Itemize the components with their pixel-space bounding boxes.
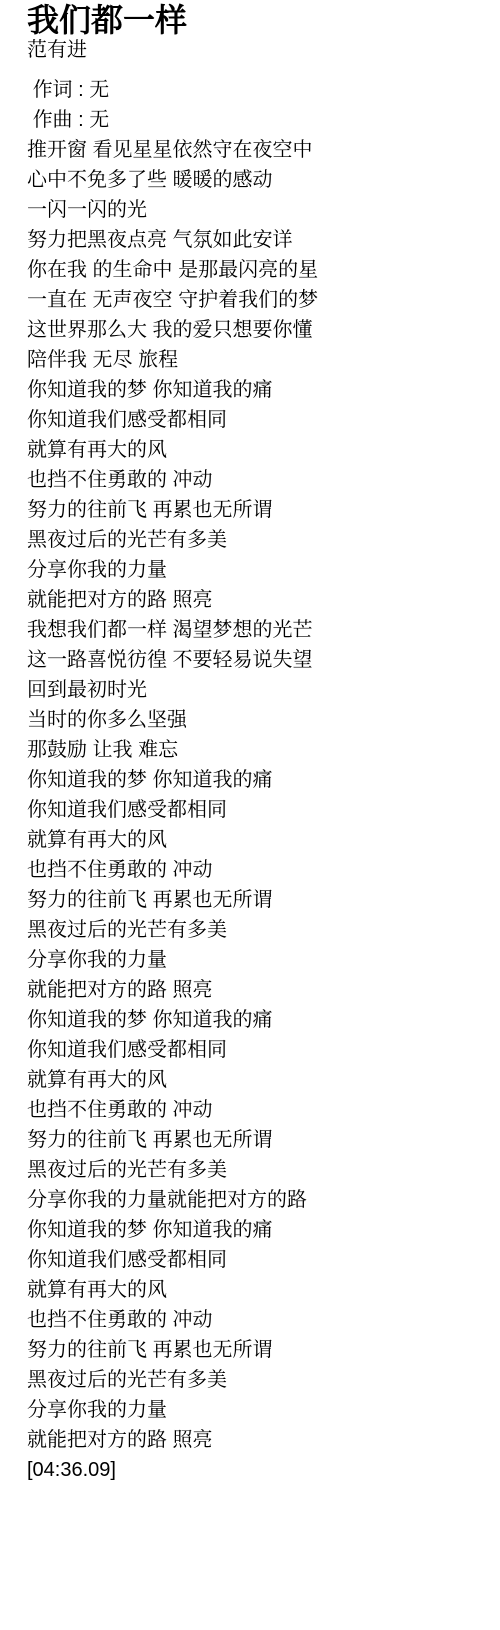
lyricist-credit: 作词 : 无 — [27, 75, 490, 105]
lyric-line: 你知道我们感受都相同 — [27, 795, 490, 825]
lyric-line: 你知道我的梦 你知道我的痛 — [27, 375, 490, 405]
lyric-line: 回到最初时光 — [27, 675, 490, 705]
lyric-line: 分享你我的力量 — [27, 1395, 490, 1425]
lyric-line: 你知道我们感受都相同 — [27, 1035, 490, 1065]
lyric-line: 也挡不住勇敢的 冲动 — [27, 465, 490, 495]
lyric-line: 你知道我们感受都相同 — [27, 1245, 490, 1275]
lyric-line: 就算有再大的风 — [27, 1275, 490, 1305]
lyric-line: 就能把对方的路 照亮 — [27, 1425, 490, 1455]
lyric-line: 努力的往前飞 再累也无所谓 — [27, 885, 490, 915]
lyric-line: 就算有再大的风 — [27, 1065, 490, 1095]
lyric-line: 心中不免多了些 暖暖的感动 — [27, 165, 490, 195]
artist-name: 范有进 — [27, 38, 490, 62]
lyric-line: 也挡不住勇敢的 冲动 — [27, 1305, 490, 1335]
lyric-line: 那鼓励 让我 难忘 — [27, 735, 490, 765]
lyric-line: 你知道我们感受都相同 — [27, 405, 490, 435]
lyric-line: 你知道我的梦 你知道我的痛 — [27, 1005, 490, 1035]
lyric-line: 陪伴我 无尽 旅程 — [27, 345, 490, 375]
duration-timestamp: [04:36.09] — [27, 1455, 490, 1485]
lyric-line: 这世界那么大 我的爱只想要你懂 — [27, 315, 490, 345]
lyric-line: 黑夜过后的光芒有多美 — [27, 915, 490, 945]
lyric-line: 黑夜过后的光芒有多美 — [27, 1155, 490, 1185]
lyric-line: 努力的往前飞 再累也无所谓 — [27, 1125, 490, 1155]
lyric-line: 就算有再大的风 — [27, 825, 490, 855]
lyric-line: 你知道我的梦 你知道我的痛 — [27, 1215, 490, 1245]
lyrics-lines: 推开窗 看见星星依然守在夜空中心中不免多了些 暖暖的感动一闪一闪的光努力把黑夜点… — [27, 135, 490, 1455]
lyric-line: 分享你我的力量 — [27, 945, 490, 975]
lyric-line: 努力的往前飞 再累也无所谓 — [27, 1335, 490, 1365]
lyric-line: 也挡不住勇敢的 冲动 — [27, 1095, 490, 1125]
lyric-line: 分享你我的力量 — [27, 555, 490, 585]
lyric-line: 黑夜过后的光芒有多美 — [27, 1365, 490, 1395]
lyric-line: 也挡不住勇敢的 冲动 — [27, 855, 490, 885]
page-title: 我们都一样 — [27, 2, 490, 38]
lyric-line: 这一路喜悦彷徨 不要轻易说失望 — [27, 645, 490, 675]
lyric-line: 你知道我的梦 你知道我的痛 — [27, 765, 490, 795]
lyric-line: 努力把黑夜点亮 气氛如此安详 — [27, 225, 490, 255]
lyric-line: 一直在 无声夜空 守护着我们的梦 — [27, 285, 490, 315]
lyric-line: 黑夜过后的光芒有多美 — [27, 525, 490, 555]
lyric-line: 就能把对方的路 照亮 — [27, 975, 490, 1005]
lyric-line: 一闪一闪的光 — [27, 195, 490, 225]
lyric-line: 推开窗 看见星星依然守在夜空中 — [27, 135, 490, 165]
lyric-line: 努力的往前飞 再累也无所谓 — [27, 495, 490, 525]
lyrics-block: 作词 : 无 作曲 : 无 推开窗 看见星星依然守在夜空中心中不免多了些 暖暖的… — [27, 75, 490, 1485]
lyrics-page: 我们都一样 范有进 作词 : 无 作曲 : 无 推开窗 看见星星依然守在夜空中心… — [0, 0, 500, 1630]
lyric-line: 就算有再大的风 — [27, 435, 490, 465]
lyric-line: 就能把对方的路 照亮 — [27, 585, 490, 615]
composer-credit: 作曲 : 无 — [27, 105, 490, 135]
lyric-line: 分享你我的力量就能把对方的路 — [27, 1185, 490, 1215]
lyric-line: 你在我 的生命中 是那最闪亮的星 — [27, 255, 490, 285]
lyric-line: 当时的你多么坚强 — [27, 705, 490, 735]
lyric-line: 我想我们都一样 渴望梦想的光芒 — [27, 615, 490, 645]
